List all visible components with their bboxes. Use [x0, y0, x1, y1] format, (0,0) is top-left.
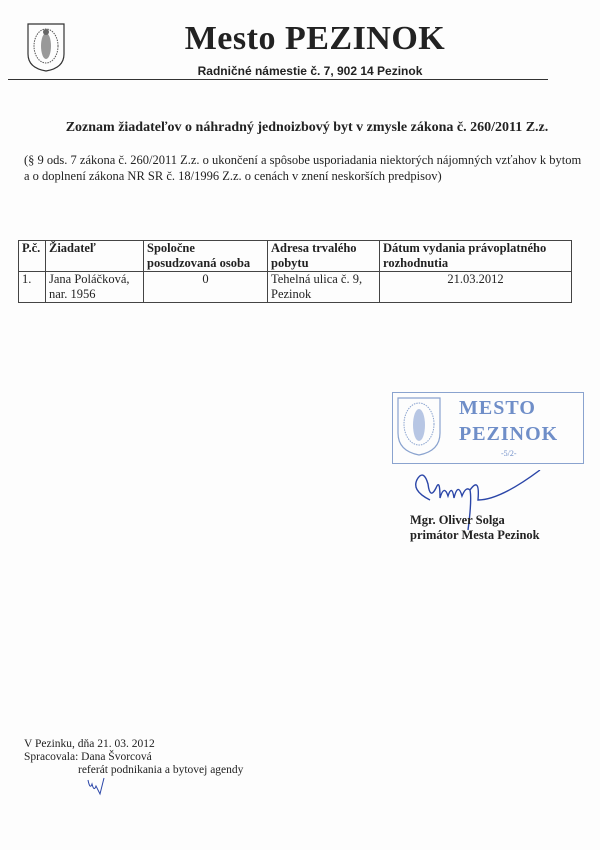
cell-address: Tehelná ulica č. 9, Pezinok — [268, 272, 380, 303]
header-decision-date: Dátum vydania právoplatného rozhodnutia — [380, 241, 572, 272]
footer: V Pezinku, dňa 21. 03. 2012 Spracovala: … — [24, 738, 243, 777]
signer-role: primátor Mesta Pezinok — [410, 528, 540, 543]
cell-joint-person: 0 — [144, 272, 268, 303]
official-stamp: MESTO PEZINOK -5/2- — [392, 392, 584, 464]
document-heading: Zoznam žiadateľov o náhradný jednoizbový… — [0, 120, 600, 136]
applicants-table: P.č. Žiadateľ Spoločne posudzovaná osoba… — [18, 240, 572, 303]
cell-decision-date: 21.03.2012 — [380, 272, 572, 303]
city-title: Mesto PEZINOK — [0, 20, 600, 58]
city-address: Radničné námestie č. 7, 902 14 Pezinok — [0, 64, 600, 78]
header-number: P.č. — [19, 241, 46, 272]
prepared-by: Spracovala: Dana Švorcová — [24, 751, 243, 764]
department: referát podnikania a bytovej agendy — [24, 764, 243, 777]
header-address: Adresa trvalého pobytu — [268, 241, 380, 272]
cell-applicant: Jana Poláčková, nar. 1956 — [46, 272, 144, 303]
legal-note: (§ 9 ods. 7 zákona č. 260/2011 Z.z. o uk… — [24, 152, 584, 184]
place-date: V Pezinku, dňa 21. 03. 2012 — [24, 738, 243, 751]
signer-name: Mgr. Oliver Solga — [410, 513, 540, 528]
header-joint-person: Spoločne posudzovaná osoba — [144, 241, 268, 272]
stamp-number: -5/2- — [501, 449, 517, 458]
stamp-line-1: MESTO — [459, 397, 536, 420]
header-applicant: Žiadateľ — [46, 241, 144, 272]
signer-block: Mgr. Oliver Solga primátor Mesta Pezinok — [410, 513, 540, 543]
cell-number: 1. — [19, 272, 46, 303]
initials-icon — [86, 776, 106, 796]
table-header-row: P.č. Žiadateľ Spoločne posudzovaná osoba… — [19, 241, 572, 272]
stamp-line-2: PEZINOK — [459, 423, 558, 446]
stamp-crest-icon — [395, 395, 443, 457]
table-row: 1. Jana Poláčková, nar. 1956 0 Tehelná u… — [19, 272, 572, 303]
header-divider — [8, 79, 548, 80]
